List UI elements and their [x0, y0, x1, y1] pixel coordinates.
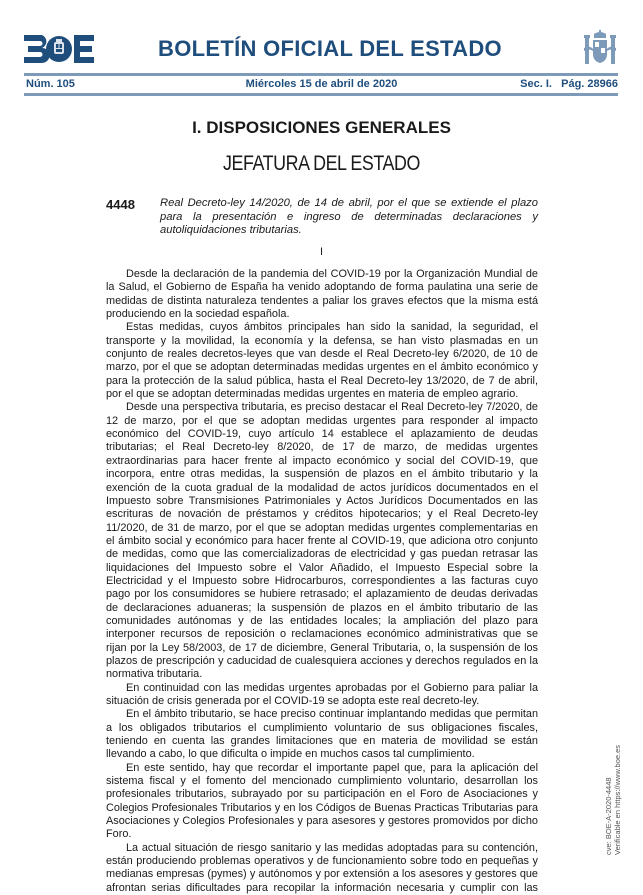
paragraph: Desde la declaración de la pandemia del …: [106, 268, 538, 321]
header-rule-top: [24, 73, 618, 76]
document-body: Desde la declaración de la pandemia del …: [106, 268, 538, 895]
paragraph: En este sentido, hay que recordar el imp…: [106, 762, 538, 842]
verification-sidebar: cve: BOE-A-2020-4448 Verificable en http…: [604, 745, 622, 855]
disposition-title: Real Decreto-ley 14/2020, de 14 de abril…: [160, 197, 538, 238]
section-heading: I. DISPOSICIONES GENERALES: [0, 118, 643, 138]
disposition-number: 4448: [106, 197, 135, 212]
cve-code: cve: BOE-A-2020-4448: [604, 745, 613, 855]
paragraph: Desde una perspectiva tributaria, es pre…: [106, 401, 538, 681]
section-page: Sec. I. Pág. 28966: [520, 78, 618, 90]
chapter-number: I: [0, 246, 643, 258]
header-rule-bottom: [24, 93, 618, 96]
bulletin-title: BOLETÍN OFICIAL DEL ESTADO: [120, 36, 540, 62]
coat-of-arms-icon: [582, 30, 618, 70]
paragraph: En continuidad con las medidas urgentes …: [106, 682, 538, 709]
boe-logo: [24, 35, 94, 63]
paragraph: Estas medidas, cuyos ámbitos principales…: [106, 321, 538, 401]
paragraph: La actual situación de riesgo sanitario …: [106, 842, 538, 895]
verification-link[interactable]: Verificable en https://www.boe.es: [613, 745, 622, 855]
paragraph: En el ámbito tributario, se hace preciso…: [106, 708, 538, 761]
organization-heading: JEFATURA DEL ESTADO: [48, 152, 595, 176]
